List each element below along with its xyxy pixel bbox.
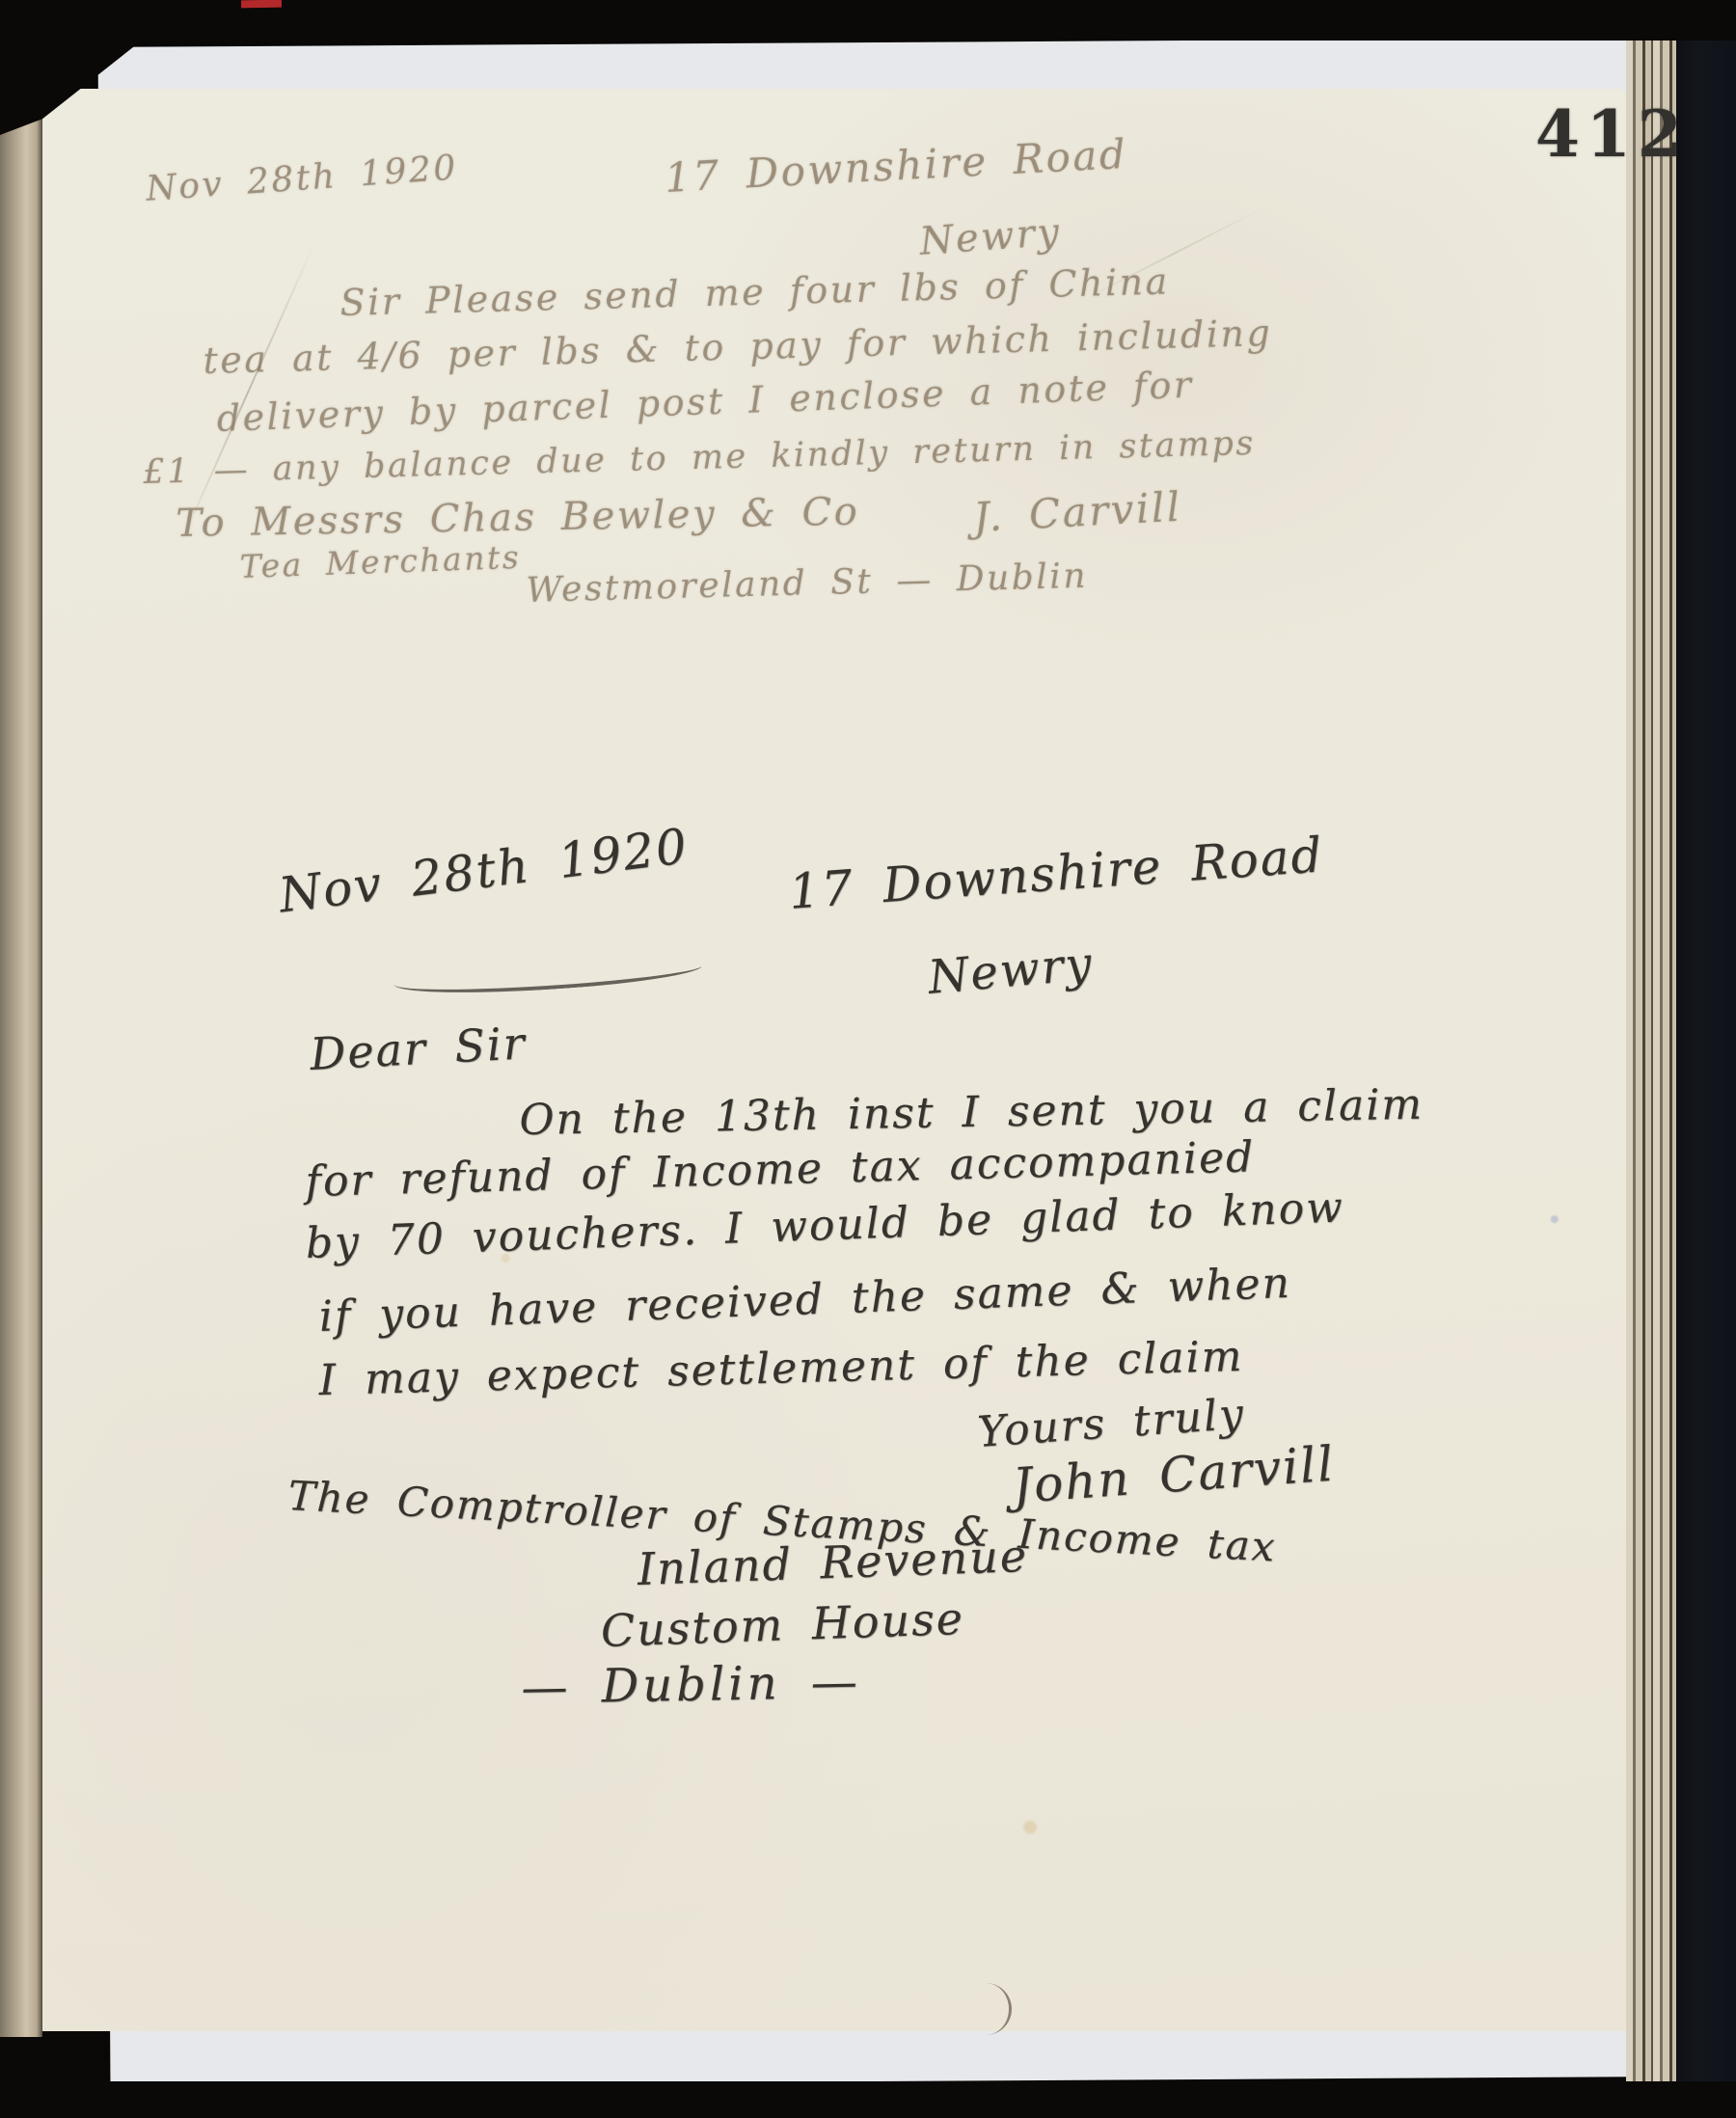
- red-ribbon-tab: [241, 0, 282, 8]
- stacked-page-edges: [1626, 39, 1676, 2081]
- paper-crease: [182, 247, 313, 538]
- book-binding: [1676, 0, 1736, 2118]
- page-number: 412: [1535, 96, 1689, 172]
- scan-background-bottom: [0, 2081, 1736, 2118]
- book-gutter-edge: [0, 83, 42, 2037]
- letter-recipient-line: — Dublin —: [521, 1655, 861, 1715]
- book-scan: 412 Nov 28th 1920 17 Downshire Road Newr…: [0, 0, 1736, 2118]
